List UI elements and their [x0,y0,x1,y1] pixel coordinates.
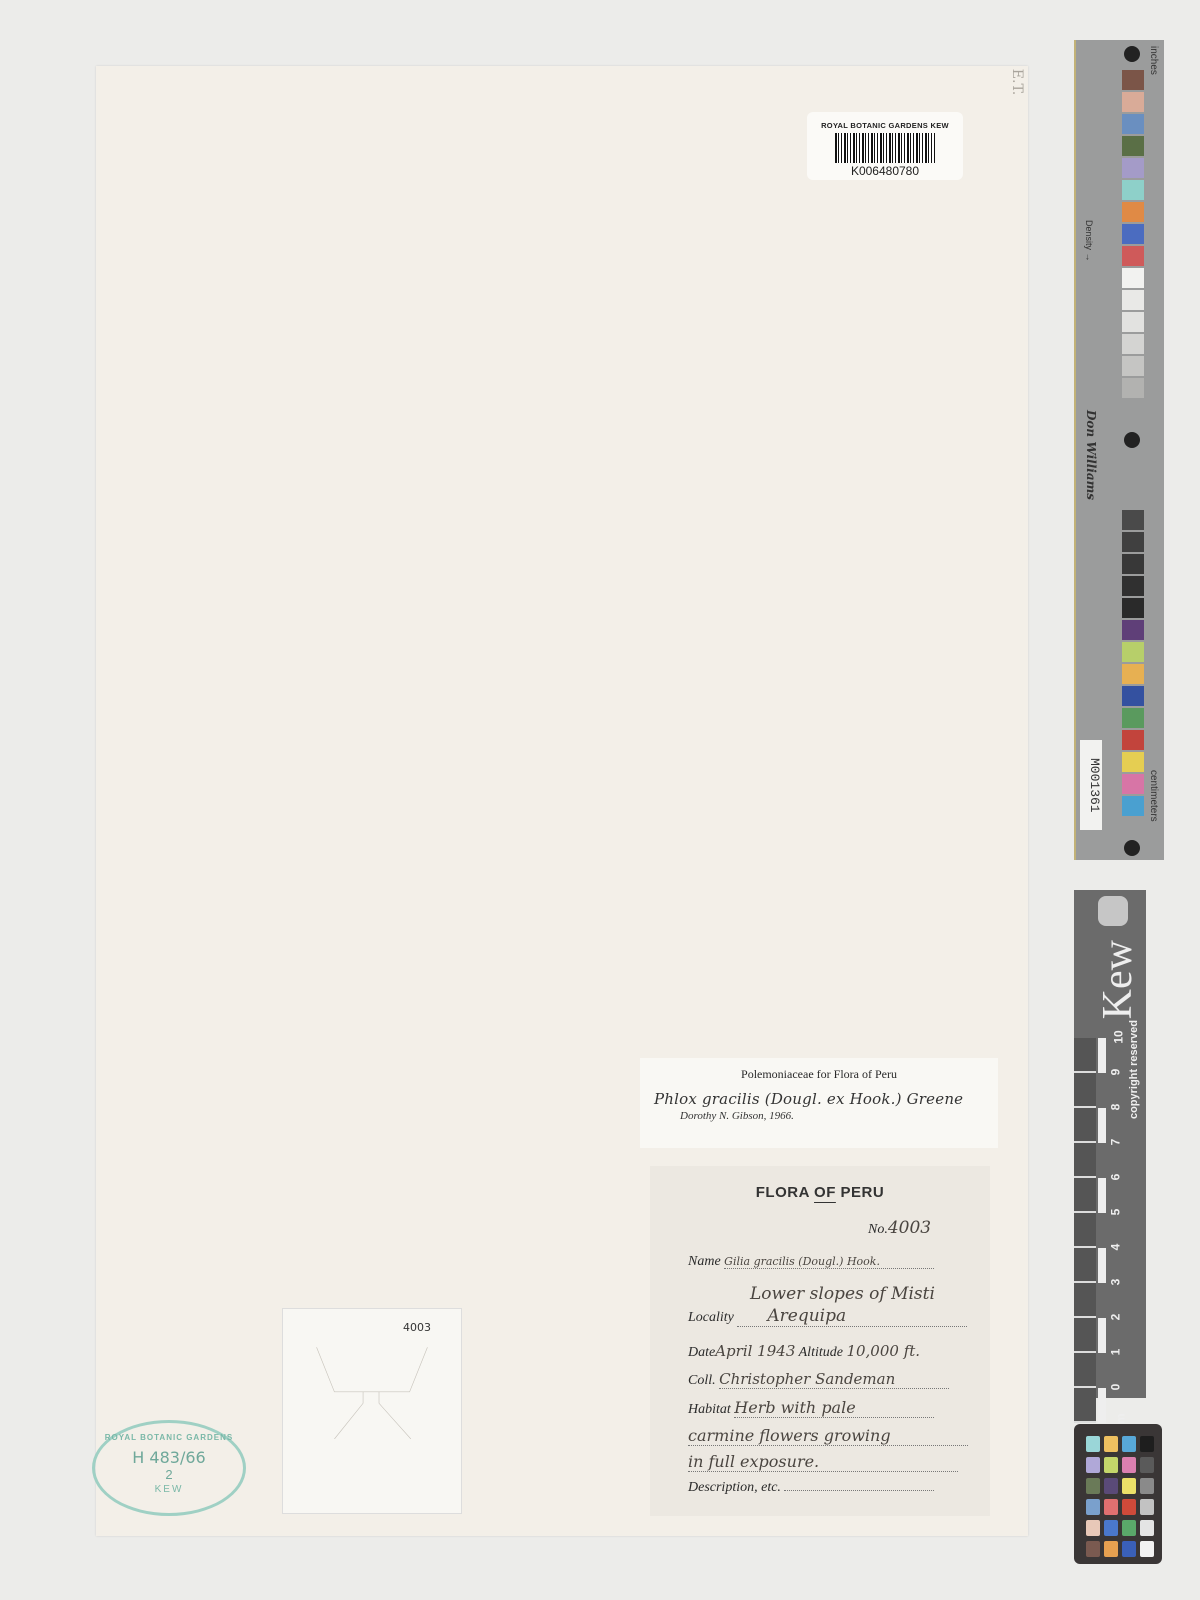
stamp-accession: H 483/66 [95,1448,243,1467]
scale-tick-label: 10 [1112,1030,1126,1043]
number-value: 4003 [888,1218,931,1238]
ruler-cm-label: centimeters [1148,770,1159,822]
barcode-label: ROYAL BOTANIC GARDENS KEW K006480780 [807,112,963,180]
number-label: No. [868,1222,888,1237]
ruler-swatch [1122,620,1144,640]
scale-tick-label: 6 [1108,1174,1122,1181]
ruler-swatch [1122,92,1144,112]
date-altitude-row: DateApril 1943 Altitude 10,000 ft. [688,1342,920,1361]
ruler-hole-icon [1124,46,1140,62]
scale-bar-segment [1098,1248,1106,1283]
ruler-swatch [1122,136,1144,156]
collector-row: Coll. Christopher Sandeman [688,1370,949,1389]
kew-scale-bar: Kew copyright reserved 109876543210cm [1074,890,1146,1398]
ruler-hole-icon [1124,432,1140,448]
scale-tick-label: 9 [1108,1069,1122,1076]
checker-patch [1086,1436,1100,1452]
checker-patch [1122,1457,1136,1473]
corner-initials: E.T. [1009,69,1025,95]
packet-fold-lines [283,1309,461,1439]
barcode-bars [835,133,935,163]
det-slip-name: Phlox gracilis (Dougl. ex Hook.) Greene [654,1090,998,1108]
scale-bar-segment [1098,1318,1106,1353]
ruler-swatch [1122,290,1144,310]
ruler-swatch [1122,708,1144,728]
ruler-swatch [1122,576,1144,596]
habitat-line-3: in full exposure. [688,1452,958,1472]
ruler-swatch [1122,730,1144,750]
scale-tick-label: 5 [1108,1209,1122,1216]
habitat-label: Habitat [688,1402,731,1417]
locality-value-2: Arequipa [737,1306,967,1327]
locality-line-1: Lower slopes of Misti [750,1284,935,1304]
altitude-label: Altitude [799,1345,843,1360]
checker-patch [1122,1520,1136,1536]
scale-tick-label: 8 [1108,1104,1122,1111]
ruler-id: M001361 [1080,740,1102,830]
habitat-value-3: in full exposure. [688,1452,958,1472]
date-value: April 1943 [715,1342,795,1360]
stamp-top-text: ROYAL BOTANIC GARDENS [95,1433,243,1442]
ruler-swatch [1122,752,1144,772]
scale-block [1074,1353,1096,1388]
checker-patch [1104,1478,1118,1494]
ruler-swatch [1122,268,1144,288]
kew-accession-stamp: ROYAL BOTANIC GARDENS H 483/66 2 KEW [92,1420,246,1516]
scale-tick-label: 2 [1108,1314,1122,1321]
name-label: Name [688,1254,721,1269]
checker-patch [1122,1499,1136,1515]
scale-block [1074,1178,1096,1213]
habitat-value-1: Herb with pale [734,1398,934,1418]
scale-block [1074,1318,1096,1353]
checker-patch [1104,1436,1118,1452]
habitat-row: Habitat Herb with pale [688,1398,934,1418]
heading-peru: PERU [841,1184,885,1201]
collector-value: Christopher Sandeman [719,1370,949,1389]
kew-logo: Kew [1094,940,1142,1019]
checker-patch [1086,1520,1100,1536]
number-row: No.4003 [868,1218,931,1238]
ruler-swatch [1122,686,1144,706]
collector-label: Coll. [688,1373,716,1388]
barcode-number: K006480780 [807,164,963,178]
checker-patch [1140,1499,1154,1515]
scale-block [1074,1143,1096,1178]
checker-patch [1086,1457,1100,1473]
packet-number: 4003 [403,1321,431,1334]
scale-tick-label: 7 [1108,1139,1122,1146]
scale-block [1074,1283,1096,1318]
stamp-sub: 2 [95,1467,243,1482]
ruler-swatch [1122,334,1144,354]
locality-label: Locality [688,1310,734,1325]
ruler-swatch [1122,224,1144,244]
ruler-swatch [1122,796,1144,816]
ruler-swatch [1122,510,1144,530]
checker-patch [1104,1499,1118,1515]
name-row: Name Gilia gracilis (Dougl.) Hook. [688,1254,934,1270]
ruler-swatch [1122,114,1144,134]
altitude-value: 10,000 ft. [846,1342,920,1360]
ruler-swatch [1122,642,1144,662]
ruler-swatch [1122,312,1144,332]
ruler-swatch [1122,202,1144,222]
ruler-swatch [1122,70,1144,90]
scale-bar-segment [1098,1178,1106,1213]
ruler-swatch [1122,158,1144,178]
det-slip-determiner: Dorothy N. Gibson, 1966. [680,1110,998,1122]
ruler-swatch [1122,356,1144,376]
checker-patch [1140,1436,1154,1452]
checker-patch [1104,1520,1118,1536]
kew-copyright: copyright reserved [1128,1020,1140,1119]
scale-bar-segment [1098,1388,1106,1423]
scale-tick-label: 1 [1108,1349,1122,1356]
scale-block [1074,1213,1096,1248]
fragment-packet[interactable]: 4003 [282,1308,462,1514]
name-value: Gilia gracilis (Dougl.) Hook. [724,1255,934,1269]
ruler-swatch [1122,664,1144,684]
date-label: Date [688,1345,715,1360]
scale-block [1074,1038,1096,1073]
stamp-bottom-text: KEW [95,1484,243,1495]
locality-value-1: Lower slopes of Misti [750,1284,935,1304]
ruler-swatch [1122,246,1144,266]
ruler-swatch [1122,180,1144,200]
scale-bar-segment [1098,1108,1106,1143]
checker-patch [1140,1520,1154,1536]
ruler-swatch [1122,532,1144,552]
ruler-swatch [1122,554,1144,574]
habitat-line-2: carmine flowers growing [688,1426,968,1446]
kew-crest-icon [1098,896,1128,926]
checker-patch [1104,1457,1118,1473]
ruler-brand: Don Williams [1084,410,1098,500]
ruler-swatch [1122,598,1144,618]
checker-patch [1140,1541,1154,1557]
scale-bar-segment [1098,1038,1106,1073]
habitat-value-2: carmine flowers growing [688,1426,968,1446]
checker-patch [1086,1478,1100,1494]
scale-block [1074,1388,1096,1423]
checker-patch [1140,1457,1154,1473]
barcode-institution: ROYAL BOTANIC GARDENS KEW [807,121,963,130]
checker-patch [1104,1541,1118,1557]
heading-flora: FLORA [756,1184,810,1201]
scale-blocks [1074,1038,1098,1393]
description-row: Description, etc. [688,1480,934,1496]
locality-row: Locality Arequipa [688,1306,967,1327]
checker-patch [1122,1436,1136,1452]
collection-label: FLORA OF PERU No.4003 Name Gilia gracili… [650,1166,990,1516]
scale-block [1074,1108,1096,1143]
scale-tick-label: 4 [1108,1244,1122,1251]
scale-block [1074,1248,1096,1283]
description-label: Description, etc. [688,1480,781,1495]
ruler-swatch [1122,774,1144,794]
scale-block [1074,1073,1096,1108]
ruler-inches-label: inches [1148,46,1159,75]
checker-patch [1140,1478,1154,1494]
ruler-swatch [1122,378,1144,398]
det-slip-title: Polemoniaceae for Flora of Peru [640,1067,998,1082]
checker-patch [1122,1478,1136,1494]
checker-patch [1122,1541,1136,1557]
ruler-hole-icon [1124,840,1140,856]
determination-slip: Polemoniaceae for Flora of Peru Phlox gr… [640,1058,998,1148]
label-heading: FLORA OF PERU [650,1184,990,1201]
scale-tick-label: 3 [1108,1279,1122,1286]
color-ruler: inches Density → Don Williams centimeter… [1074,40,1164,860]
description-line [784,1490,934,1491]
color-checker [1074,1424,1162,1564]
ruler-density-label: Density → [1084,220,1094,262]
heading-of: OF [814,1184,836,1201]
checker-patch [1086,1541,1100,1557]
checker-patch [1086,1499,1100,1515]
scale-tick-label: 0 [1108,1384,1122,1391]
